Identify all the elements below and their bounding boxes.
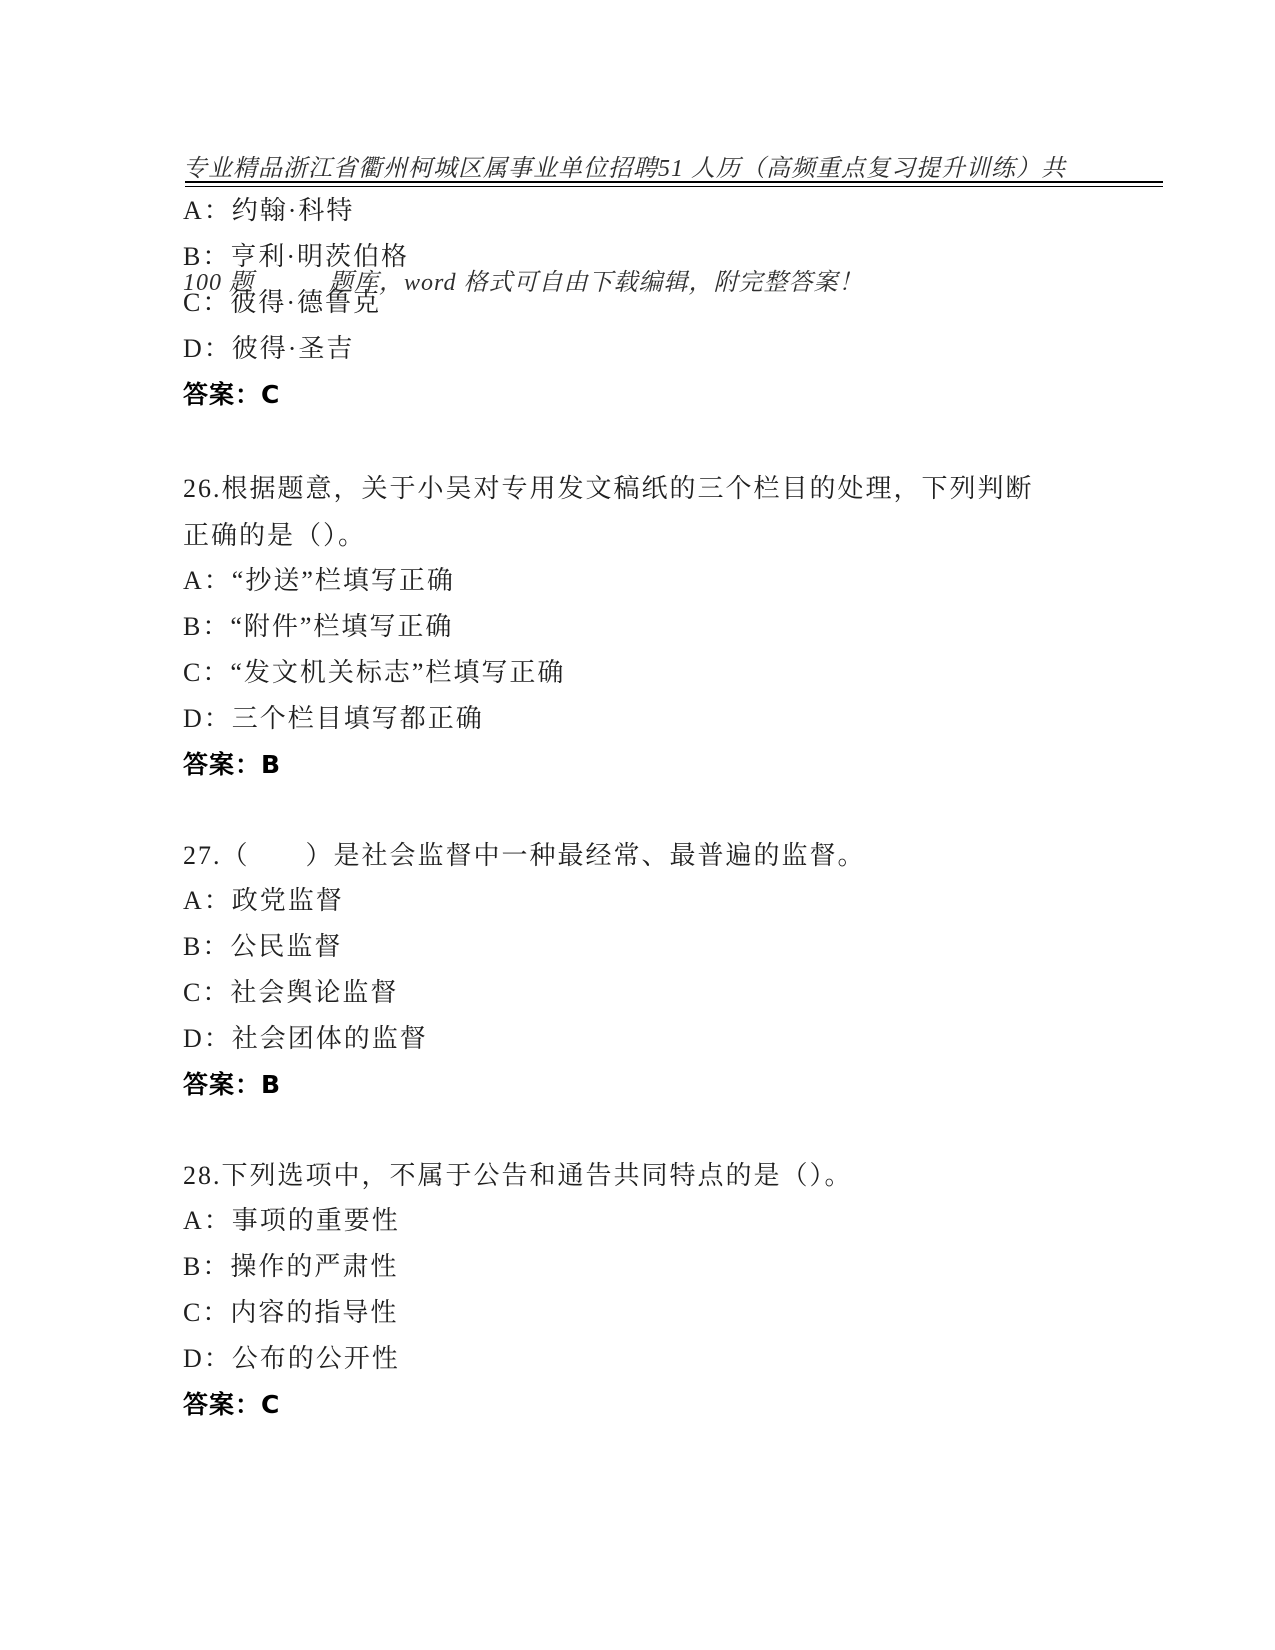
question-text: 26.根据题意，关于小吴对专用发文稿纸的三个栏目的处理，下列判断正确的是（）。 (183, 465, 1053, 559)
question-option: C：“发文机关标志”栏填写正确 (183, 650, 565, 696)
question-text: 27.（ ）是社会监督中一种最经常、最普遍的监督。 (183, 832, 1053, 879)
question-option: D：社会团体的监督 (183, 1016, 428, 1062)
question-option: C：社会舆论监督 (183, 970, 398, 1016)
header-divider-rule (185, 181, 1163, 187)
question-option: A：“抄送”栏填写正确 (183, 558, 455, 604)
answer-line: 答案：B (183, 742, 281, 788)
question-option: A：事项的重要性 (183, 1198, 400, 1244)
answer-line: 答案：C (183, 372, 280, 418)
question-option: B：亨利·明茨伯格 (183, 234, 409, 280)
question-option: A：约翰·科特 (183, 188, 354, 234)
document-page: 专业精品浙江省衢州柯城区属事业单位招聘51 人历（高频重点复习提升训练）共 10… (0, 0, 1275, 1650)
question-option: B：“附件”栏填写正确 (183, 604, 453, 650)
question-option: D：彼得·圣吉 (183, 326, 354, 372)
question-text: 28.下列选项中，不属于公告和通告共同特点的是（）。 (183, 1152, 1053, 1199)
question-option: B：公民监督 (183, 924, 342, 970)
question-option: B：操作的严肃性 (183, 1244, 398, 1290)
answer-line: 答案：C (183, 1382, 280, 1428)
question-option: A：政党监督 (183, 878, 344, 924)
question-option: D：公布的公开性 (183, 1336, 400, 1382)
answer-line: 答案：B (183, 1062, 281, 1108)
question-option: C：彼得·德鲁克 (183, 280, 381, 326)
question-option: D：三个栏目填写都正确 (183, 696, 484, 742)
question-option: C：内容的指导性 (183, 1290, 398, 1336)
